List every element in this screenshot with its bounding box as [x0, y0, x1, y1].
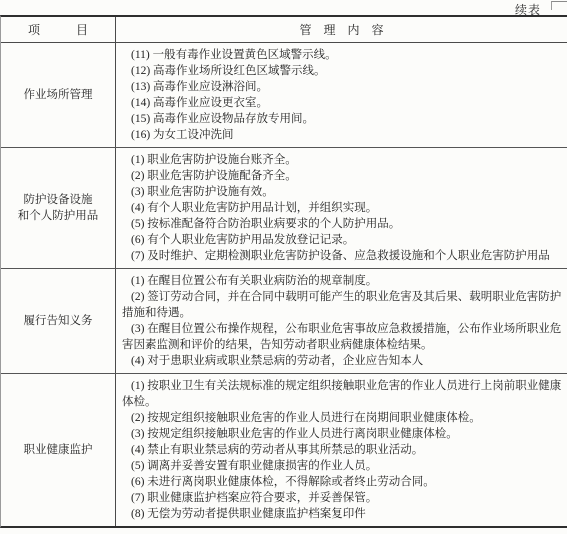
- content-item: (13) 高毒作业应设淋浴间。: [122, 79, 563, 95]
- management-table: 项 目 管 理 内 容 作业场所管理(11) 一般有毒作业设置黄色区域警示线。(…: [0, 15, 567, 528]
- row-content: (1) 职业危害防护设施台账齐全。(2) 职业危害防护设施配备齐全。(3) 职业…: [116, 148, 567, 268]
- row-item-label: 作业场所管理: [1, 43, 116, 147]
- content-item: (5) 按标准配备符合防治职业病要求的个人防护用品。: [122, 216, 563, 232]
- table-header-row: 项 目 管 理 内 容: [1, 17, 567, 43]
- content-item: (11) 一般有毒作业设置黄色区域警示线。: [122, 47, 563, 63]
- table-row: 作业场所管理(11) 一般有毒作业设置黄色区域警示线。(12) 高毒作业场所设红…: [1, 43, 567, 148]
- row-item-label: 履行告知义务: [1, 269, 116, 373]
- row-item-label: 防护设备设施和个人防护用品: [1, 148, 116, 268]
- table-body: 作业场所管理(11) 一般有毒作业设置黄色区域警示线。(12) 高毒作业场所设红…: [1, 43, 567, 526]
- content-item: (7) 及时维护、定期检测职业危害防护设备、应急救援设施和个人职业危害防护用品: [122, 248, 563, 264]
- content-item: (4) 禁止有职业禁忌病的劳动者从事其所禁忌的职业活动。: [122, 442, 563, 458]
- content-item: (3) 职业危害防护设施有效。: [122, 184, 563, 200]
- page-corner-mark: [551, 1, 567, 10]
- content-item: (2) 职业危害防护设施配备齐全。: [122, 168, 563, 184]
- row-item-label-line: 职业健康监护: [24, 442, 93, 458]
- content-item: (7) 职业健康监护档案应符合要求，并妥善保管。: [122, 490, 563, 506]
- content-item: (15) 高毒作业应设物品存放专用间。: [122, 111, 563, 127]
- row-item-label-line: 作业场所管理: [24, 87, 93, 103]
- row-content: (1) 按职业卫生有关法规标准的规定组织接触职业危害的作业人员进行上岗前职业健康…: [116, 374, 567, 526]
- row-item-label-line: 履行告知义务: [24, 313, 93, 329]
- column-header-content: 管 理 内 容: [116, 17, 567, 42]
- content-item: (1) 职业危害防护设施台账齐全。: [122, 152, 563, 168]
- content-item: (4) 对于患职业病或职业禁忌病的劳动者，企业应告知本人: [122, 353, 563, 369]
- table-row: 防护设备设施和个人防护用品(1) 职业危害防护设施台账齐全。(2) 职业危害防护…: [1, 148, 567, 269]
- row-content: (1) 在醒目位置公布有关职业病防治的规章制度。(2) 签订劳动合同，并在合同中…: [116, 269, 567, 373]
- row-item-label-line: 防护设备设施: [24, 192, 93, 208]
- content-item: (6) 未进行离岗职业健康体检，不得解除或者终止劳动合同。: [122, 474, 563, 490]
- content-item: (3) 在醒目位置公布操作规程，公布职业危害事故应急救援措施，公布作业场所职业危…: [122, 321, 563, 353]
- content-item: (1) 在醒目位置公布有关职业病防治的规章制度。: [122, 273, 563, 289]
- content-item: (16) 为女工设冲洗间: [122, 127, 563, 143]
- table-row: 履行告知义务(1) 在醒目位置公布有关职业病防治的规章制度。(2) 签订劳动合同…: [1, 269, 567, 374]
- document-page: 续表 项 目 管 理 内 容 作业场所管理(11) 一般有毒作业设置黄色区域警示…: [0, 0, 567, 534]
- content-item: (2) 签订劳动合同，并在合同中载明可能产生的职业危害及其后果、载明职业危害防护…: [122, 289, 563, 321]
- row-content: (11) 一般有毒作业设置黄色区域警示线。(12) 高毒作业场所设红色区域警示线…: [116, 43, 567, 147]
- content-item: (4) 有个人职业危害防护用品计划，并组织实现。: [122, 200, 563, 216]
- content-item: (2) 按规定组织接触职业危害的作业人员进行在岗期间职业健康体检。: [122, 410, 563, 426]
- content-item: (8) 无偿为劳动者提供职业健康监护档案复印件: [122, 506, 563, 522]
- content-item: (5) 调离并妥善安置有职业健康损害的作业人员。: [122, 458, 563, 474]
- content-item: (12) 高毒作业场所设红色区域警示线。: [122, 63, 563, 79]
- content-item: (14) 高毒作业应设更衣室。: [122, 95, 563, 111]
- table-row: 职业健康监护(1) 按职业卫生有关法规标准的规定组织接触职业危害的作业人员进行上…: [1, 374, 567, 526]
- column-header-item: 项 目: [1, 17, 116, 42]
- row-item-label: 职业健康监护: [1, 374, 116, 526]
- content-item: (3) 按规定组织接触职业危害的作业人员进行离岗职业健康体检。: [122, 426, 563, 442]
- content-item: (6) 有个人职业危害防护用品发放登记记录。: [122, 232, 563, 248]
- row-item-label-line: 和个人防护用品: [18, 208, 99, 224]
- content-item: (1) 按职业卫生有关法规标准的规定组织接触职业危害的作业人员进行上岗前职业健康…: [122, 378, 563, 410]
